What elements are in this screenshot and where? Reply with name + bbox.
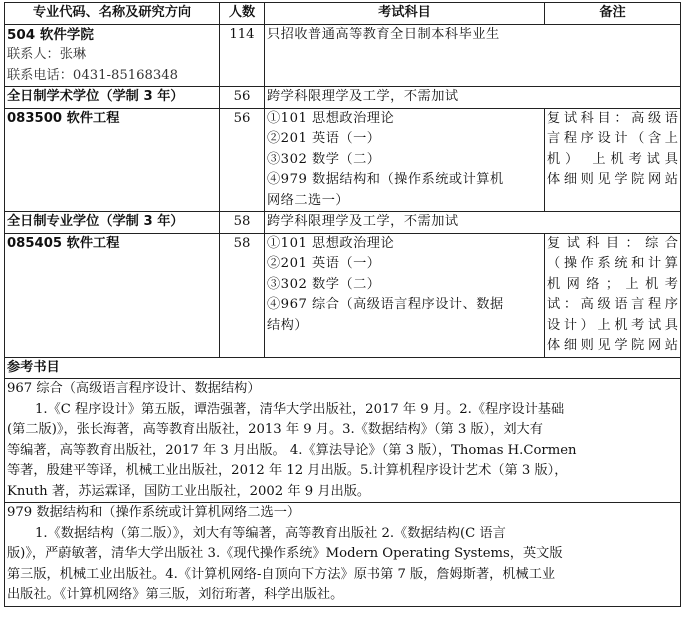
school-name: 504 软件学院: [7, 25, 217, 46]
section-title: 全日制专业学位（学制 3 年）: [5, 212, 220, 234]
subject-item: ④967 综合（高级语言程序设计、数据: [267, 295, 542, 316]
reference-line: 等著，殷建平等译，机械工业出版社，2012 年 12 月出版。5.计算机程序设计…: [7, 461, 678, 482]
note-line: 言程序设计（含上: [547, 129, 678, 150]
note-line: 试：高级语言程序: [547, 295, 678, 316]
program-notes: 复试科目：高级语 言程序设计（含上 机） 上机考试具 体细则见学院网站: [545, 108, 681, 212]
header-notes: 备注: [545, 3, 681, 25]
school-cell: 504 软件学院 联系人：张琳 联系电话：0431-85168348: [5, 24, 220, 87]
section-row-professional: 全日制专业学位（学制 3 年） 58 跨学科限理学及工学，不需加试: [5, 212, 681, 234]
section-title: 全日制学术学位（学制 3 年）: [5, 87, 220, 109]
program-row-085405: 085405 软件工程 58 ①101 思想政治理论 ②201 英语（一） ③3…: [5, 233, 681, 357]
reference-line: 出版社。《计算机网络》第三版，刘衍珩著，科学出版社。: [7, 585, 678, 606]
program-notes: 复试科目：综合 （操作系统和计算 机网络；上机考 试：高级语言程序 设计）上机考…: [545, 233, 681, 357]
note-line: 复试科目：高级语: [547, 109, 678, 130]
section-count: 56: [220, 87, 265, 109]
note-line: 体细则见学院网站: [547, 170, 678, 191]
program-subjects: ①101 思想政治理论 ②201 英语（一） ③302 数学（二） ④979 数…: [265, 108, 545, 212]
header-row: 专业代码、名称及研究方向 人数 考试科目 备注: [5, 3, 681, 25]
references-title: 参考书目: [5, 357, 681, 379]
program-count: 58: [220, 233, 265, 357]
school-remark: 只招收普通高等教育全日制本科毕业生: [265, 24, 681, 87]
references-967: 967 综合（高级语言程序设计、数据结构） 1.《C 程序设计》第五版，谭浩强著…: [5, 379, 681, 503]
references-979-row: 979 数据结构和（操作系统或计算机网络二选一） 1.《数据结构（第二版）》，刘…: [5, 503, 681, 607]
section-remark: 跨学科限理学及工学，不需加试: [265, 212, 681, 234]
admissions-table: 专业代码、名称及研究方向 人数 考试科目 备注 504 软件学院 联系人：张琳 …: [4, 2, 681, 607]
program-row-083500: 083500 软件工程 56 ①101 思想政治理论 ②201 英语（一） ③3…: [5, 108, 681, 212]
reference-line: 1.《C 程序设计》第五版，谭浩强著，清华大学出版社，2017 年 9 月。2.…: [7, 400, 678, 421]
note-line: 设计）上机考试具: [547, 316, 678, 337]
subject-item: ③302 数学（二）: [267, 275, 542, 296]
reference-line: Knuth 著，苏运霖译，国防工业出版社，2002 年 9 月出版。: [7, 482, 678, 503]
program-subjects: ①101 思想政治理论 ②201 英语（一） ③302 数学（二） ④967 综…: [265, 233, 545, 357]
school-count: 114: [220, 24, 265, 87]
reference-heading: 967 综合（高级语言程序设计、数据结构）: [7, 379, 678, 400]
reference-line: 第三版，机械工业出版社。4.《计算机网络-自顶向下方法》原书第 7 版，詹姆斯著…: [7, 565, 678, 586]
note-line: （操作系统和计算: [547, 254, 678, 275]
reference-line: 等编著，高等教育出版社，2017 年 3 月出版。 4.《算法导论》（第 3 版…: [7, 441, 678, 462]
references-title-row: 参考书目: [5, 357, 681, 379]
school-row: 504 软件学院 联系人：张琳 联系电话：0431-85168348 114 只…: [5, 24, 681, 87]
note-line: 复试科目：综合: [547, 234, 678, 255]
section-row-academic: 全日制学术学位（学制 3 年） 56 跨学科限理学及工学，不需加试: [5, 87, 681, 109]
reference-heading: 979 数据结构和（操作系统或计算机网络二选一）: [7, 503, 678, 524]
subject-item: ②201 英语（一）: [267, 254, 542, 275]
section-remark: 跨学科限理学及工学，不需加试: [265, 87, 681, 109]
subject-item: ①101 思想政治理论: [267, 109, 542, 130]
subject-item: ①101 思想政治理论: [267, 234, 542, 255]
note-line: 机） 上机考试具: [547, 150, 678, 171]
subject-item: ②201 英语（一）: [267, 129, 542, 150]
contact-phone: 联系电话：0431-85168348: [7, 66, 217, 87]
subject-item: ③302 数学（二）: [267, 150, 542, 171]
section-count: 58: [220, 212, 265, 234]
note-line: 机网络；上机考: [547, 275, 678, 296]
subject-item: 网络二选一）: [267, 191, 542, 212]
document-page: 专业代码、名称及研究方向 人数 考试科目 备注 504 软件学院 联系人：张琳 …: [0, 0, 683, 622]
subject-item: ④979 数据结构和（操作系统或计算机: [267, 170, 542, 191]
note-line: 体细则见学院网站: [547, 336, 678, 357]
reference-line: (第二版)》，张长海著，高等教育出版社，2013 年 9 月。3.《数据结构》（…: [7, 420, 678, 441]
header-count: 人数: [220, 3, 265, 25]
header-program: 专业代码、名称及研究方向: [5, 3, 220, 25]
program-name: 083500 软件工程: [5, 108, 220, 212]
reference-line: 1.《数据结构（第二版）》，刘大有等编著，高等教育出版社 2.《数据结构(C 语…: [7, 524, 678, 545]
program-count: 56: [220, 108, 265, 212]
header-subjects: 考试科目: [265, 3, 545, 25]
program-name: 085405 软件工程: [5, 233, 220, 357]
references-967-row: 967 综合（高级语言程序设计、数据结构） 1.《C 程序设计》第五版，谭浩强著…: [5, 379, 681, 503]
reference-line: 版)》，严蔚敏著，清华大学出版社 3.《现代操作系统》Modern Operat…: [7, 544, 678, 565]
contact-person: 联系人：张琳: [7, 45, 217, 66]
subject-item: 结构）: [267, 316, 542, 337]
references-979: 979 数据结构和（操作系统或计算机网络二选一） 1.《数据结构（第二版）》，刘…: [5, 503, 681, 607]
